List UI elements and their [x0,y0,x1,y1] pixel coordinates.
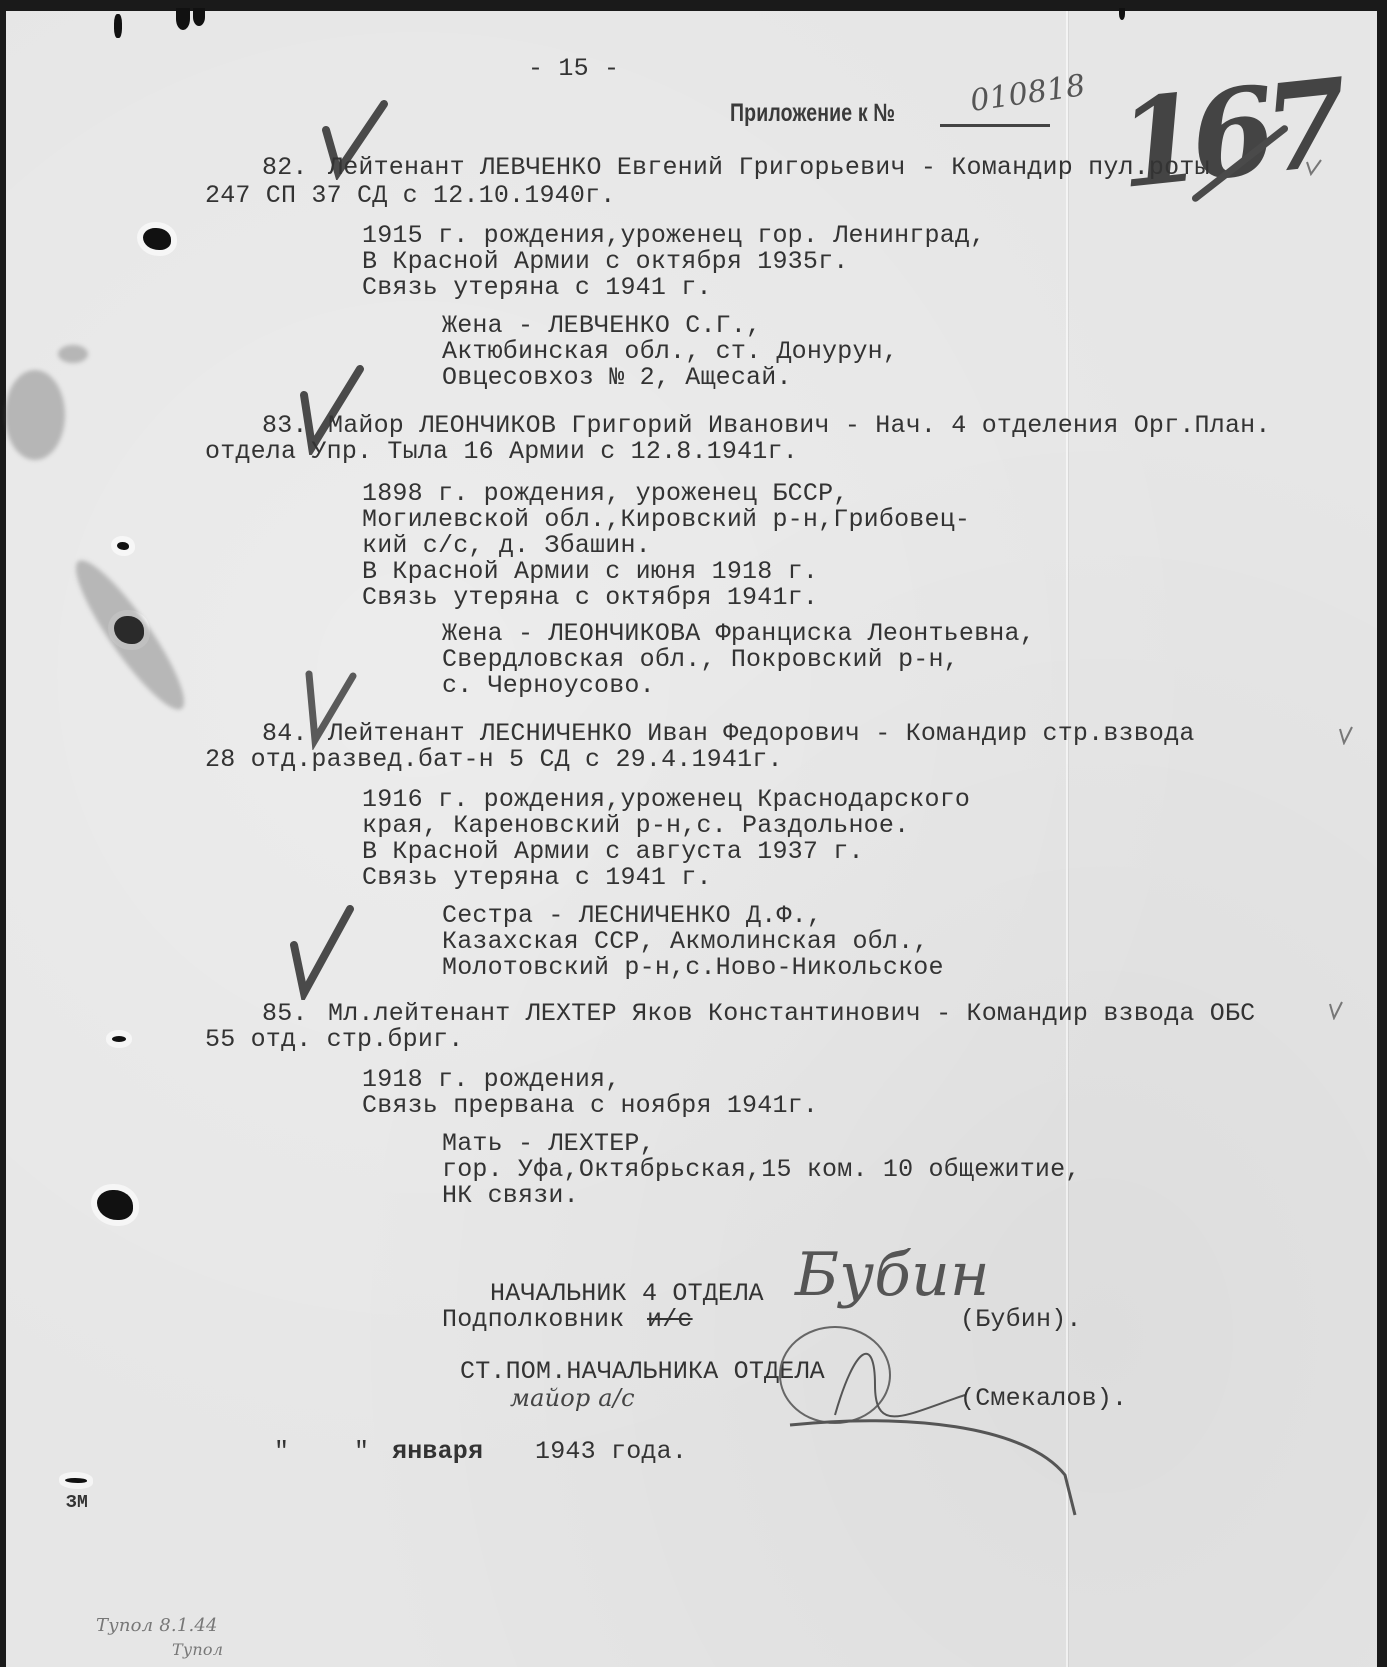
entry-detail: В Красной Армии с октября 1935г. [362,248,848,275]
entry-detail: Связь прервана с ноября 1941г. [362,1092,818,1119]
entry-relative: Свердловская обл., Покровский р-н, [442,646,959,673]
small-check-mark-icon [1328,1000,1344,1020]
entry-relative: НК связи. [442,1182,579,1209]
entry-header-line2: 247 СП 37 СД с 12.10.1940г. [205,182,615,209]
date-year: 1943 года. [535,1438,687,1465]
punch-hole [117,542,129,550]
entry-detail: Связь утеряна с октября 1941г. [362,584,818,611]
signature-flourish-icon [785,1415,1105,1525]
entry-detail: 1915 г. рождения,уроженец гор. Ленинград… [362,222,985,249]
entry-detail: В Красной Армии с июня 1918 г. [362,558,818,585]
entry-header-line1: Мл.лейтенант ЛЕХТЕР Яков Константинович … [328,1000,1255,1027]
entry-header-line1: Лейтенант ЛЕСНИЧЕНКО Иван Федорович - Ко… [328,720,1195,747]
assistant-name: (Смекалов). [960,1385,1127,1412]
entry-relative: Молотовский р-н,с.Ново-Никольское [442,954,944,981]
tear-mark [114,14,122,38]
small-check-mark-icon [1338,725,1354,745]
stain [5,370,65,460]
entry-detail: Могилевской обл.,Кировский р-н,Грибовец- [362,506,970,533]
footer-handwritten-initials: Тупол [172,1636,223,1663]
chief-signature: Бубин [795,1245,990,1305]
entry-detail: Связь утеряна с 1941 г. [362,274,712,301]
entry-number: 85. [262,1000,308,1027]
entry-relative: Актюбинская обл., ст. Донурун, [442,338,898,365]
entry-detail: кий с/с, д. Збашин. [362,532,651,559]
chief-rank-struck: и/с [647,1306,693,1333]
entry-detail: Связь утеряна с 1941 г. [362,864,712,891]
entry-header-line2: 28 отд.развед.бат-н 5 СД с 29.4.1941г. [205,746,783,773]
archive-number-handwritten: 167 [1112,59,1345,211]
stain [58,345,88,363]
entry-relative: Овцесовхоз № 2, Ащесай. [442,364,792,391]
tear-mark [193,8,205,26]
date-month: января [392,1438,483,1465]
entry-detail: 1898 г. рождения, уроженец БССР, [362,480,848,507]
entry-number: 82. [262,154,308,181]
entry-header-line1: Майор ЛЕОНЧИКОВ Григорий Иванович - Нач.… [328,412,1271,439]
punch-hole [65,1478,87,1483]
chief-title: НАЧАЛЬНИК 4 ОТДЕЛА [490,1280,764,1307]
page-number: - 15 - [528,55,619,82]
entry-number: 84. [262,720,308,747]
assistant-title: СТ.ПОМ.НАЧАЛЬНИКА ОТДЕЛА [460,1358,825,1385]
entry-relative: гор. Уфа,Октябрьская,15 ком. 10 общежити… [442,1156,1081,1183]
small-check-mark-icon [1305,158,1323,176]
tear-mark [176,8,190,30]
chief-rank: Подполковник [442,1306,624,1333]
date-quote-open: " [274,1438,289,1465]
assistant-rank-handwritten: майор а/с [510,1385,635,1412]
punch-hole [112,1036,126,1042]
entry-relative: с. Черноусово. [442,672,655,699]
entry-detail: края, Кареновский р-н,с. Раздольное. [362,812,909,839]
chief-name: (Бубин). [960,1306,1082,1333]
entry-relative: Казахская ССР, Акмолинская обл., [442,928,928,955]
entry-relative: Жена - ЛЕВЧЕНКО С.Г., [442,312,761,339]
date-quote-close: " [354,1438,369,1465]
entry-relative: Жена - ЛЕОНЧИКОВА Франциска Леонтьевна, [442,620,1035,647]
check-mark-icon [288,905,358,1000]
footer-handwritten-note: Тупол 8.1.44 [96,1612,218,1639]
entry-header-line2: отдела Упр. Тыла 16 Армии с 12.8.1941г. [205,438,798,465]
entry-relative: Мать - ЛЕХТЕР, [442,1130,655,1157]
typist-mark: ЗМ [66,1490,88,1517]
entry-header-line1: Лейтенант ЛЕВЧЕНКО Евгений Григорьевич -… [328,154,1210,181]
entry-detail: 1916 г. рождения,уроженец Краснодарского [362,786,970,813]
entry-detail: В Красной Армии с августа 1937 г. [362,838,864,865]
appendix-underline [940,124,1050,127]
punch-hole [143,228,171,250]
appendix-label: Приложение к № [730,100,895,127]
entry-header-line2: 55 отд. стр.бриг. [205,1026,463,1053]
entry-relative: Сестра - ЛЕСНИЧЕНКО Д.Ф., [442,902,822,929]
tear-mark [1119,8,1125,20]
entry-number: 83. [262,412,308,439]
entry-detail: 1918 г. рождения, [362,1066,620,1093]
